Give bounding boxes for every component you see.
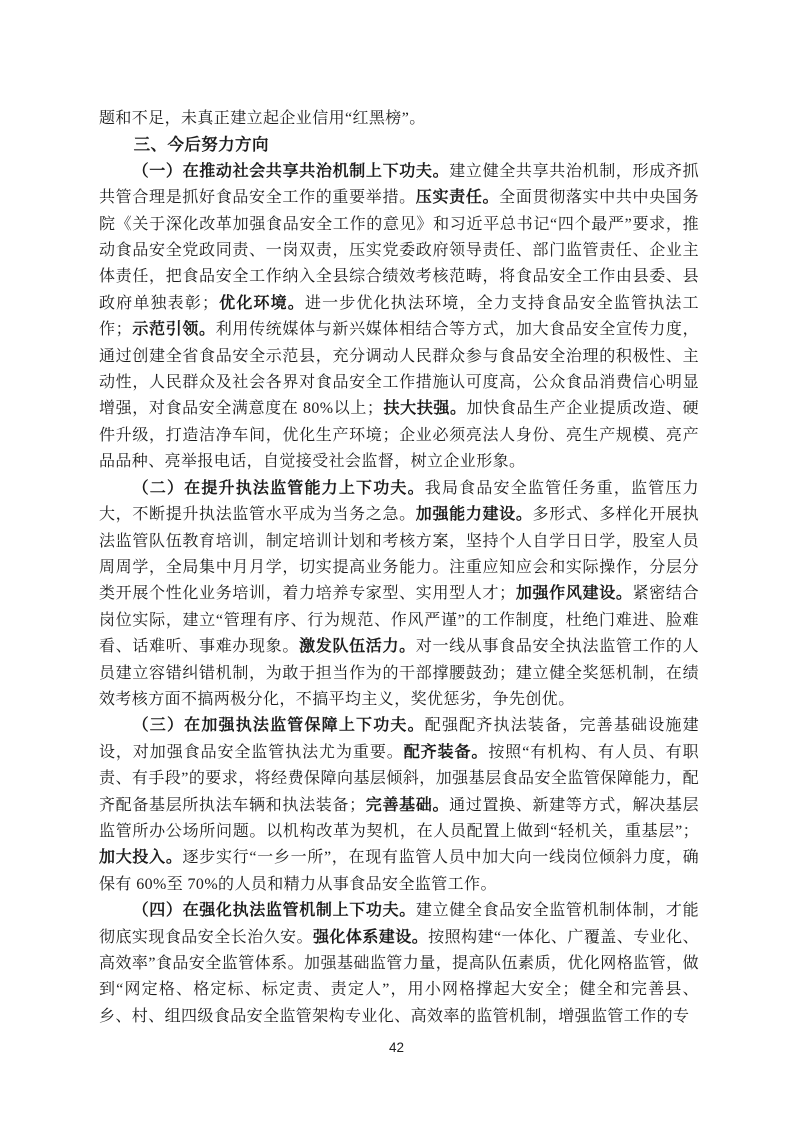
emphasis-run: 优化环境。 [218,295,305,312]
emphasis-run: 扶大扶强。 [383,400,466,417]
document-page: 题和不足，未真正建立起企业信用“红黑榜”。 三、今后努力方向 （一）在推动社会共… [0,0,793,1122]
page-number: 42 [0,1040,793,1055]
emphasis-run: （三）在加强执法监管保障上下功夫。 [133,717,425,734]
emphasis-run: 加强能力建设。 [416,506,533,523]
emphasis-run: 完善基础。 [366,797,450,814]
paragraph-4: （四）在强化执法监管机制上下功夫。建立健全食品安全监管机制体制，才能彻底实现食品… [99,898,699,1030]
emphasis-run: 示范引领。 [132,321,216,338]
emphasis-run: 压实责任。 [416,189,499,206]
document-body: 题和不足，未真正建立起企业信用“红黑榜”。 三、今后努力方向 （一）在推动社会共… [99,106,699,1030]
emphasis-run: 加大投入。 [99,849,183,866]
paragraph-1: （一）在推动社会共享共治机制上下功夫。建立健全共享共治机制，形成齐抓共管合理是抓… [99,159,699,476]
section-heading: 三、今后努力方向 [99,132,699,158]
text-run: 逐步实行“一乡一所”，在现有监管人员中加大向一线岗位倾斜力度，确保有 60%至 … [99,849,699,892]
emphasis-run: （二）在提升执法监管能力上下功夫。 [133,480,425,497]
emphasis-run: 配齐装备。 [404,744,489,761]
emphasis-run: （一）在推动社会共享共治机制上下功夫。 [133,163,450,180]
paragraph-2: （二）在提升执法监管能力上下功夫。我局食品安全监管任务重，监管压力大，不断提升执… [99,476,699,714]
emphasis-run: 强化体系建设。 [313,929,428,946]
heading-text: 三、今后努力方向 [134,136,269,154]
text-run: 题和不足，未真正建立起企业信用“红黑榜”。 [99,110,426,127]
paragraph-continuation: 题和不足，未真正建立起企业信用“红黑榜”。 [99,106,699,132]
emphasis-run: 激发队伍活力。 [299,638,416,655]
text-run: 全面贯彻落实中共中央国务院《关于深化改革加强食品安全工作的意见》和习近平总书记“… [99,189,699,312]
paragraph-3: （三）在加强执法监管保障上下功夫。配强配齐执法装备，完善基础设施建设，对加强食品… [99,713,699,898]
emphasis-run: 加强作风建设。 [516,585,633,602]
emphasis-run: （四）在强化执法监管机制上下功夫。 [133,902,416,919]
